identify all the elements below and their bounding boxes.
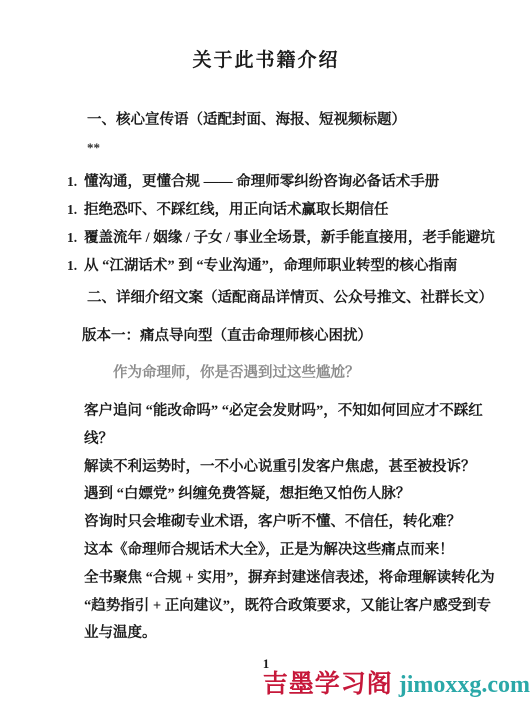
- paragraph-line: 解读不利运势时，一不小心说重引发客户焦虑，甚至被投诉？: [84, 454, 476, 482]
- paragraph-block: 客户追问 “能改命吗” “必定会发财吗”，不知如何回应才不踩红 线？ 解读不利运…: [84, 398, 476, 648]
- paragraph-line: 业与温度。: [84, 620, 476, 648]
- document-title: 关于此书籍介绍: [0, 46, 532, 76]
- list-item: 1. 从 “江湖话术” 到 “专业沟通”，命理师职业转型的核心指南: [67, 252, 476, 280]
- list-item-text: 懂沟通，更懂合规 —— 命理师零纠纷咨询必备话术手册: [84, 168, 439, 196]
- version-heading: 版本一：痛点导向型（直击命理师核心困扰）: [82, 326, 476, 346]
- paragraph-line: 客户追问 “能改命吗” “必定会发财吗”，不知如何回应才不踩红: [84, 398, 476, 426]
- pain-point-quote: 作为命理师，你是否遇到过这些尴尬？: [113, 363, 476, 383]
- list-item-marker: 1.: [67, 196, 84, 224]
- watermark: 吉墨学习阁 jimoxxg.com: [263, 664, 530, 700]
- markdown-stars: **: [87, 140, 476, 156]
- list-item: 1. 拒绝恐吓、不踩红线，用正向话术赢取长期信任: [67, 196, 476, 224]
- watermark-domain-text: jimoxxg.com: [399, 672, 530, 699]
- paragraph-line: 这本《命理师合规话术大全》，正是为解决这些痛点而来！: [84, 537, 476, 565]
- paragraph-line: 全书聚焦 “合规 + 实用”，摒弃封建迷信表述，将命理解读转化为: [84, 565, 476, 593]
- list-item: 1. 覆盖流年 / 姻缘 / 子女 / 事业全场景，新手能直接用，老手能避坑: [67, 224, 476, 252]
- list-item-marker: 1.: [67, 168, 84, 196]
- list-item-marker: 1.: [67, 252, 84, 280]
- list-item-text: 覆盖流年 / 姻缘 / 子女 / 事业全场景，新手能直接用，老手能避坑: [84, 224, 495, 252]
- list-item: 1. 懂沟通，更懂合规 —— 命理师零纠纷咨询必备话术手册: [67, 168, 476, 196]
- paragraph-line: “趋势指引 + 正向建议”，既符合政策要求，又能让客户感受到专: [84, 593, 476, 621]
- paragraph-line: 线？: [84, 426, 476, 454]
- list-item-text: 从 “江湖话术” 到 “专业沟通”，命理师职业转型的核心指南: [84, 252, 457, 280]
- list-item-marker: 1.: [67, 224, 84, 252]
- paragraph-line: 咨询时只会堆砌专业术语，客户听不懂、不信任，转化难？: [84, 509, 476, 537]
- paragraph-line: 遇到 “白嫖党” 纠缠免费答疑，想拒绝又怕伤人脉？: [84, 481, 476, 509]
- list-item-text: 拒绝恐吓、不踩红线，用正向话术赢取长期信任: [84, 196, 389, 224]
- slogan-list: 1. 懂沟通，更懂合规 —— 命理师零纠纷咨询必备话术手册 1. 拒绝恐吓、不踩…: [84, 168, 476, 280]
- section-heading-slogans: 一、核心宣传语（适配封面、海报、短视频标题）: [87, 110, 476, 130]
- watermark-brand-text: 吉墨学习阁: [263, 664, 393, 700]
- section-heading-detail: 二、详细介绍文案（适配商品详情页、公众号推文、社群长文）: [87, 288, 476, 308]
- document-body: 一、核心宣传语（适配封面、海报、短视频标题） ** 1. 懂沟通，更懂合规 ——…: [0, 110, 532, 648]
- document-page: 关于此书籍介绍 一、核心宣传语（适配封面、海报、短视频标题） ** 1. 懂沟通…: [0, 0, 532, 706]
